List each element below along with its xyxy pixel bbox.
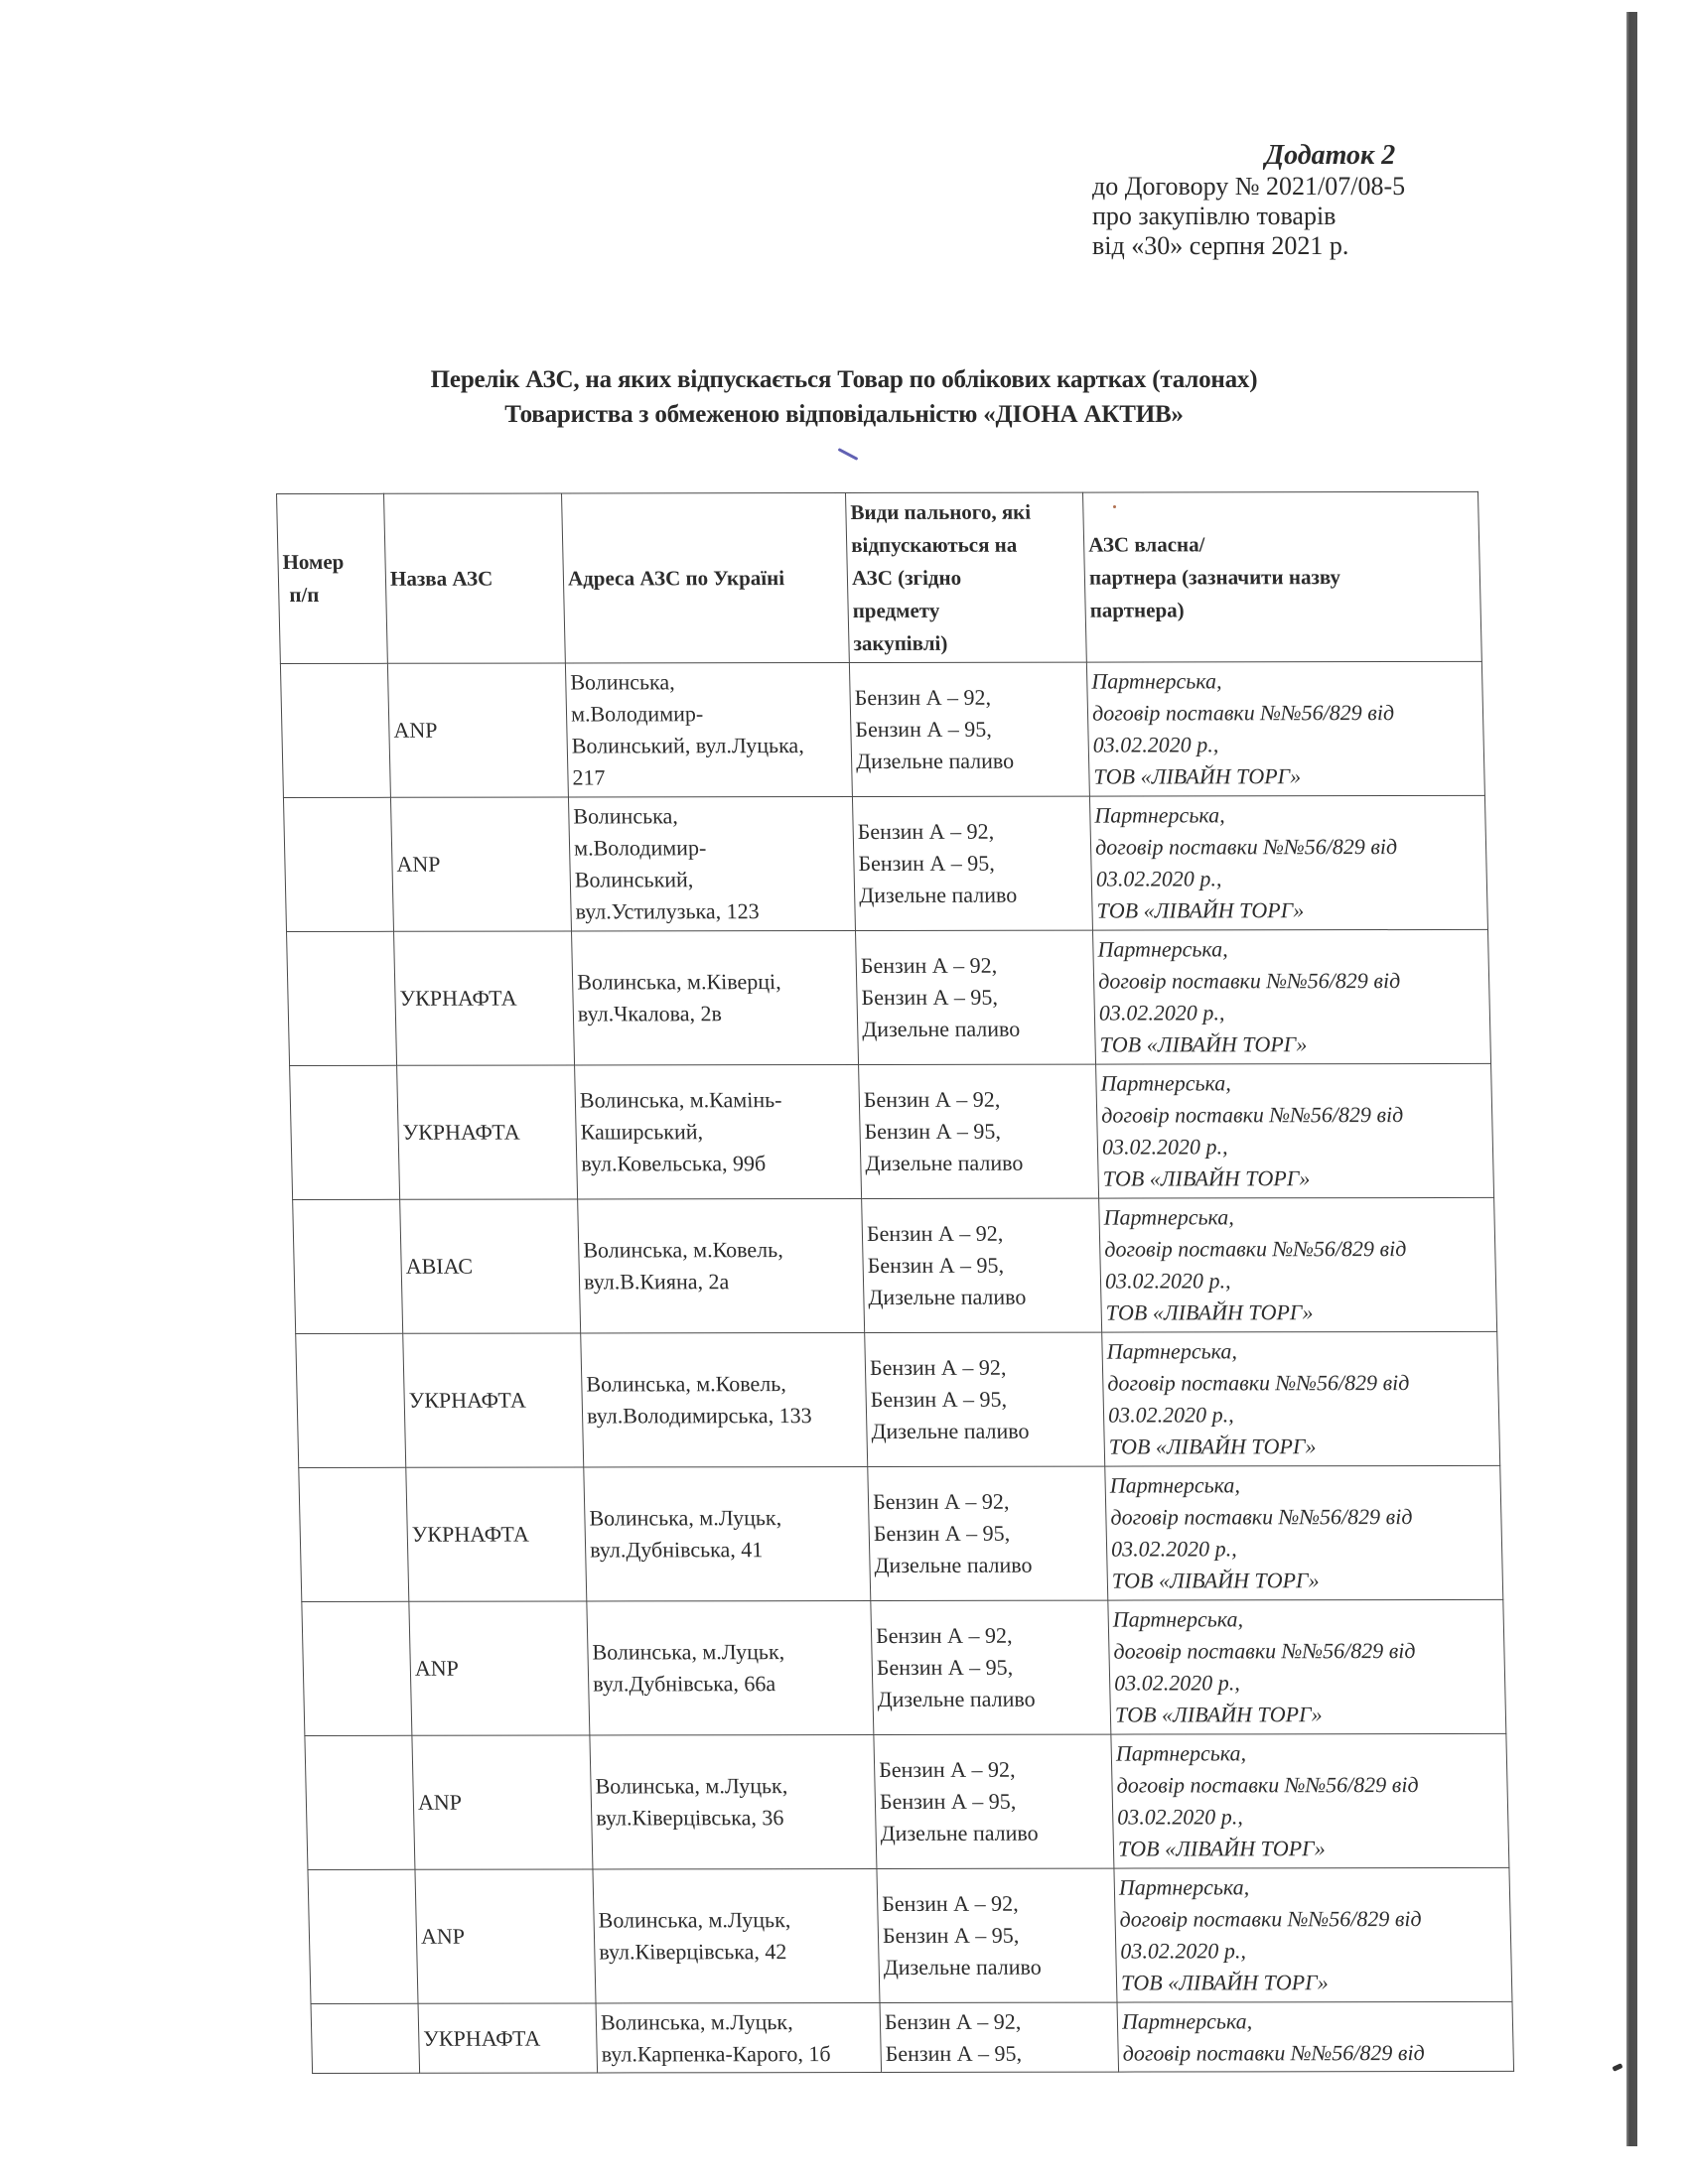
table-row: ANP Волинська,м.Володимир-Волинський, ву… — [280, 661, 1484, 797]
cell-station-name: ANP — [387, 663, 568, 797]
cell-ownership: Партнерська,договір поставки №№56/829 ві… — [1096, 1063, 1494, 1198]
table-row: УКРНАФТА Волинська, м.Луцьк,вул.Карпенка… — [311, 2001, 1514, 2073]
header-number-line: Номер — [282, 546, 381, 579]
cell-ownership: Партнерська,договір поставки №№56/829 ві… — [1105, 1465, 1503, 1600]
address-line: Волинська, — [573, 800, 849, 832]
cell-station-name: ANP — [412, 1735, 593, 1869]
annex-header: Додаток 2 до Договору № 2021/07/08-5 про… — [1092, 141, 1405, 261]
cell-fuel-types: Бензин А – 92,Бензин А – 95,Дизельне пал… — [868, 1466, 1108, 1600]
cell-ownership: Партнерська,договір поставки №№56/829 ві… — [1092, 929, 1490, 1064]
cell-station-name: УКРНАФТА — [418, 2003, 598, 2073]
fuel-line: Дизельне паливо — [871, 1416, 1100, 1447]
cell-address: Волинська, м.Ковель,вул.Володимирська, 1… — [581, 1332, 868, 1466]
address-line: Волинська, м.Луцьк, — [595, 1770, 871, 1802]
fuel-line: Бензин А – 92, — [864, 1084, 1093, 1116]
annex-line: до Договору № 2021/07/08-5 — [1092, 172, 1405, 202]
address-line: Волинська, м.Ківерці, — [577, 966, 853, 998]
ownership-line: договір поставки №№56/829 від — [1113, 1635, 1500, 1668]
header-ownership: АЗС власна/ партнера (зазначити назву па… — [1082, 491, 1481, 662]
cell-address: Волинська, м.Луцьк,вул.Ківерцівська, 42 — [593, 1868, 880, 2002]
table-row: УКРНАФТА Волинська, м.Луцьк,вул.Дубнівсь… — [299, 1465, 1503, 1601]
document-title-line: Товариства з обмеженою відповідальністю … — [298, 397, 1390, 432]
cell-fuel-types: Бензин А – 92,Бензин А – 95,Дизельне пал… — [852, 796, 1092, 930]
fuel-line: Дизельне паливо — [856, 746, 1085, 777]
cell-number — [287, 931, 397, 1065]
header-fuel: Види пального, які відпускаються на АЗС … — [845, 492, 1086, 662]
cell-station-name: УКРНАФТА — [397, 1065, 578, 1199]
fuel-line: Бензин А – 92, — [873, 1486, 1102, 1518]
ownership-line: ТОВ «ЛІВАЙН ТОРГ» — [1099, 1028, 1486, 1061]
address-line: вул.Ківерцівська, 36 — [596, 1802, 872, 1834]
cell-fuel-types: Бензин А – 92,Бензин А – 95,Дизельне пал… — [862, 1198, 1102, 1332]
ownership-line: Партнерська, — [1091, 665, 1478, 698]
header-number: Номер п/п — [277, 493, 388, 663]
cell-address: Волинська, м.Луцьк,вул.Ківерцівська, 36 — [590, 1734, 877, 1868]
ownership-line: 03.02.2020 р., — [1092, 729, 1479, 761]
ownership-line: договір поставки №№56/829 від — [1122, 2036, 1509, 2069]
stations-table-container: Номер п/п Назва АЗС Адреса АЗС по Україн… — [276, 491, 1514, 2074]
fuel-line: Бензин А – 95, — [855, 714, 1084, 746]
header-fuel-line: Види пального, які — [850, 495, 1079, 528]
cell-fuel-types: Бензин А – 92,Бензин А – 95,Дизельне пал… — [855, 930, 1095, 1064]
ownership-line: договір поставки №№56/829 від — [1095, 831, 1482, 864]
table-row: АВІАС Волинська, м.Ковель,вул.В.Кияна, 2… — [293, 1197, 1497, 1333]
address-line: вул.Чкалова, 2в — [578, 998, 854, 1029]
annex-title: Додаток 2 — [1092, 141, 1405, 171]
fuel-line: Бензин А – 92, — [857, 816, 1086, 848]
fuel-line: Дизельне паливо — [859, 880, 1088, 911]
ownership-line: 03.02.2020 р., — [1117, 1801, 1504, 1834]
scan-artifact-mark — [1612, 2063, 1622, 2072]
fuel-line: Дизельне паливо — [865, 1148, 1094, 1179]
ownership-line: договір поставки №№56/829 від — [1104, 1233, 1491, 1266]
cell-number — [283, 797, 393, 931]
cell-fuel-types: Бензин А – 92,Бензин А – 95, — [880, 2002, 1119, 2072]
header-fuel-line: предмету — [852, 594, 1081, 626]
cell-address: Волинська, м.Ківерці,вул.Чкалова, 2в — [572, 930, 859, 1064]
ownership-line: ТОВ «ЛІВАЙН ТОРГ» — [1118, 1833, 1505, 1865]
scan-page-edge — [1626, 12, 1637, 2146]
ownership-line: договір поставки №№56/829 від — [1107, 1367, 1494, 1400]
header-fuel-line: відпускаються на — [851, 528, 1080, 561]
cell-number — [305, 1735, 415, 1869]
fuel-line: Дизельне паливо — [868, 1282, 1097, 1313]
ownership-line: ТОВ «ЛІВАЙН ТОРГ» — [1121, 1967, 1508, 1999]
address-line: Волинська, м.Ковель, — [586, 1368, 862, 1400]
cell-station-name: УКРНАФТА — [403, 1333, 584, 1467]
ownership-line: Партнерська, — [1106, 1335, 1493, 1368]
cell-station-name: УКРНАФТА — [406, 1467, 587, 1601]
ownership-line: ТОВ «ЛІВАЙН ТОРГ» — [1093, 760, 1480, 793]
header-ownership-line: партнера) — [1089, 593, 1477, 626]
fuel-line: Бензин А – 95, — [873, 1518, 1102, 1550]
address-line: Каширський, — [580, 1116, 856, 1148]
cell-number — [311, 2003, 420, 2073]
cell-ownership: Партнерська,договір поставки №№56/829 ві… — [1108, 1599, 1506, 1734]
cell-fuel-types: Бензин А – 92,Бензин А – 95,Дизельне пал… — [849, 662, 1089, 796]
cell-station-name: ANP — [390, 797, 571, 931]
fuel-line: Бензин А – 95, — [876, 1652, 1105, 1684]
address-line: вул.Ковельська, 99б — [581, 1148, 857, 1179]
ownership-line: Партнерська, — [1112, 1603, 1499, 1636]
header-name: Назва АЗС — [384, 493, 566, 663]
fuel-line: Дизельне паливо — [862, 1014, 1091, 1045]
cell-ownership: Партнерська,договір поставки №№56/829 ві… — [1086, 661, 1484, 796]
fuel-line: Дизельне паливо — [883, 1952, 1112, 1983]
address-line: 217 — [572, 761, 848, 793]
ownership-line: ТОВ «ЛІВАЙН ТОРГ» — [1105, 1297, 1492, 1329]
cell-ownership: Партнерська,договір поставки №№56/829 ві… — [1117, 2001, 1514, 2072]
fuel-line: Бензин А – 92, — [854, 682, 1083, 714]
fuel-line: Бензин А – 95, — [864, 1116, 1093, 1148]
address-line: Волинський, вул.Луцька, — [571, 730, 847, 761]
table-row: УКРНАФТА Волинська, м.Ковель,вул.Володим… — [296, 1331, 1500, 1467]
ownership-line: ТОВ «ЛІВАЙН ТОРГ» — [1115, 1699, 1502, 1731]
ownership-line: Партнерська, — [1115, 1737, 1502, 1770]
cell-station-name: ANP — [415, 1869, 596, 2003]
fuel-line: Бензин А – 92, — [885, 2005, 1114, 2037]
cell-ownership: Партнерська,договір поставки №№56/829 ві… — [1099, 1197, 1497, 1332]
ownership-line: Партнерська, — [1094, 799, 1481, 832]
fuel-line: Бензин А – 92, — [876, 1620, 1105, 1652]
address-line: Волинська, м.Ковель, — [583, 1234, 859, 1266]
document-title-line: Перелік АЗС, на яких відпускається Товар… — [298, 362, 1390, 397]
fuel-line: Бензин А – 92, — [860, 950, 1089, 982]
cell-station-name: УКРНАФТА — [394, 931, 575, 1065]
address-line: вул.Володимирська, 133 — [587, 1400, 863, 1432]
ownership-line: Партнерська, — [1103, 1201, 1490, 1234]
ownership-line: 03.02.2020 р., — [1114, 1667, 1501, 1700]
fuel-line: Бензин А – 92, — [867, 1218, 1096, 1250]
pen-mark — [838, 448, 859, 461]
cell-station-name: АВІАС — [400, 1199, 581, 1333]
ownership-line: 03.02.2020 р., — [1095, 863, 1482, 895]
stations-table: Номер п/п Назва АЗС Адреса АЗС по Україн… — [276, 491, 1514, 2074]
table-body: ANP Волинська,м.Володимир-Волинський, ву… — [280, 661, 1513, 2073]
header-ownership-line: партнера (зазначити назву — [1089, 560, 1477, 594]
table-row: УКРНАФТА Волинська, м.Камінь-Каширський,… — [290, 1063, 1494, 1199]
ownership-line: Партнерська, — [1097, 933, 1484, 966]
address-line: Волинська, м.Камінь- — [580, 1084, 856, 1116]
fuel-line: Бензин А – 95, — [883, 1920, 1112, 1952]
table-header-row: Номер п/п Назва АЗС Адреса АЗС по Україн… — [277, 491, 1482, 663]
table-row: ANP Волинська,м.Володимир-Волинський,вул… — [283, 795, 1487, 931]
address-line: вул.Дубнівська, 66а — [593, 1668, 869, 1700]
header-number-line: п/п — [283, 579, 382, 612]
address-line: вул.Ківерцівська, 42 — [599, 1936, 875, 1968]
fuel-line: Бензин А – 92, — [879, 1754, 1108, 1786]
table-row: ANP Волинська, м.Луцьк,вул.Ківерцівська,… — [305, 1733, 1509, 1869]
ownership-line: 03.02.2020 р., — [1108, 1399, 1495, 1432]
ownership-line: Партнерська, — [1122, 2004, 1509, 2037]
ownership-line: ТОВ «ЛІВАЙН ТОРГ» — [1111, 1565, 1498, 1597]
cell-number — [308, 1869, 418, 2003]
ownership-line: ТОВ «ЛІВАЙН ТОРГ» — [1102, 1162, 1489, 1195]
fuel-line: Бензин А – 92, — [882, 1888, 1111, 1920]
ownership-line: договір поставки №№56/829 від — [1116, 1769, 1503, 1802]
document-title: Перелік АЗС, на яких відпускається Товар… — [298, 362, 1390, 432]
cell-fuel-types: Бензин А – 92,Бензин А – 95,Дизельне пал… — [865, 1332, 1105, 1466]
cell-number — [280, 663, 390, 797]
address-line: м.Володимир- — [574, 832, 850, 864]
cell-address: Волинська, м.Луцьк,вул.Карпенка-Карого, … — [596, 2002, 882, 2072]
cell-fuel-types: Бензин А – 92,Бензин А – 95,Дизельне пал… — [859, 1064, 1099, 1198]
address-line: вул.Дубнівська, 41 — [590, 1534, 866, 1566]
ownership-line: договір поставки №№56/829 від — [1119, 1903, 1506, 1936]
fuel-line: Бензин А – 92, — [870, 1352, 1099, 1384]
table-row: ANP Волинська, м.Луцьк,вул.Дубнівська, 6… — [302, 1599, 1506, 1735]
address-line: Волинська, м.Луцьк, — [601, 2006, 877, 2038]
header-fuel-line: закупівлі) — [853, 626, 1082, 659]
address-line: м.Володимир- — [571, 698, 847, 730]
fuel-line: Бензин А – 95, — [867, 1250, 1096, 1282]
cell-number — [299, 1467, 409, 1601]
cell-address: Волинська, м.Луцьк,вул.Дубнівська, 41 — [584, 1466, 871, 1600]
ownership-line: 03.02.2020 р., — [1102, 1131, 1489, 1163]
address-line: Волинська, м.Луцьк, — [598, 1904, 874, 1936]
ownership-line: 03.02.2020 р., — [1120, 1935, 1507, 1968]
cell-address: Волинська, м.Ковель,вул.В.Кияна, 2а — [578, 1198, 865, 1332]
ownership-line: 03.02.2020 р., — [1111, 1533, 1498, 1566]
fuel-line: Бензин А – 95, — [885, 2037, 1114, 2069]
cell-fuel-types: Бензин А – 92,Бензин А – 95,Дизельне пал… — [874, 1734, 1114, 1868]
ownership-line: 03.02.2020 р., — [1099, 997, 1486, 1029]
address-line: вул.В.Кияна, 2а — [584, 1266, 860, 1297]
fuel-line: Бензин А – 95, — [870, 1384, 1099, 1416]
cell-address: Волинська,м.Володимир-Волинський, вул.Лу… — [565, 662, 852, 796]
ownership-line: 03.02.2020 р., — [1105, 1265, 1492, 1297]
ownership-line: договір поставки №№56/829 від — [1092, 697, 1479, 730]
fuel-line: Дизельне паливо — [880, 1818, 1109, 1849]
address-line: Волинська, м.Луцьк, — [589, 1502, 865, 1534]
fuel-line: Бензин А – 95, — [880, 1786, 1109, 1818]
header-address: Адреса АЗС по Україні — [562, 492, 850, 662]
ownership-line: ТОВ «ЛІВАЙН ТОРГ» — [1096, 894, 1483, 927]
header-ownership-line: АЗС власна/ — [1088, 527, 1476, 561]
ownership-line: ТОВ «ЛІВАЙН ТОРГ» — [1108, 1431, 1495, 1463]
cell-ownership: Партнерська,договір поставки №№56/829 ві… — [1089, 795, 1487, 930]
annex-line: про закупівлю товарів — [1092, 202, 1405, 231]
fuel-line: Бензин А – 95, — [861, 982, 1090, 1014]
cell-fuel-types: Бензин А – 92,Бензин А – 95,Дизельне пал… — [871, 1600, 1111, 1734]
fuel-line: Дизельне паливо — [877, 1684, 1106, 1715]
address-line: Волинський, — [574, 864, 850, 895]
header-fuel-line: АЗС (згідно — [852, 561, 1081, 594]
fuel-line: Дизельне паливо — [874, 1550, 1103, 1581]
cell-ownership: Партнерська,договір поставки №№56/829 ві… — [1114, 1867, 1512, 2002]
cell-number — [302, 1601, 412, 1735]
ownership-line: Партнерська, — [1119, 1871, 1506, 1904]
table-row: ANP Волинська, м.Луцьк,вул.Ківерцівська,… — [308, 1867, 1512, 2003]
address-line: вул.Карпенка-Карого, 1б — [601, 2038, 877, 2070]
cell-station-name: ANP — [409, 1601, 590, 1735]
cell-number — [293, 1199, 403, 1333]
ownership-line: договір поставки №№56/829 від — [1101, 1099, 1488, 1132]
table-row: УКРНАФТА Волинська, м.Ківерці,вул.Чкалов… — [287, 929, 1491, 1065]
cell-address: Волинська,м.Володимир-Волинський,вул.Уст… — [568, 796, 855, 930]
ownership-line: Партнерська, — [1100, 1067, 1487, 1100]
ownership-line: договір поставки №№56/829 від — [1098, 965, 1485, 998]
address-line: Волинська, м.Луцьк, — [592, 1636, 868, 1668]
cell-number — [290, 1065, 400, 1199]
annex-line: від «30» серпня 2021 р. — [1092, 231, 1405, 261]
ownership-line: договір поставки №№56/829 від — [1110, 1501, 1497, 1534]
cell-ownership: Партнерська,договір поставки №№56/829 ві… — [1102, 1331, 1500, 1466]
cell-fuel-types: Бензин А – 92,Бензин А – 95,Дизельне пал… — [877, 1868, 1117, 2002]
cell-address: Волинська, м.Луцьк,вул.Дубнівська, 66а — [587, 1600, 874, 1734]
address-line: Волинська, — [570, 666, 846, 698]
address-line: вул.Устилузька, 123 — [575, 895, 851, 927]
cell-address: Волинська, м.Камінь-Каширський,вул.Ковел… — [575, 1064, 862, 1198]
cell-ownership: Партнерська,договір поставки №№56/829 ві… — [1111, 1733, 1509, 1868]
ownership-line: Партнерська, — [1109, 1469, 1496, 1502]
cell-number — [296, 1333, 406, 1467]
fuel-line: Бензин А – 95, — [858, 848, 1087, 880]
